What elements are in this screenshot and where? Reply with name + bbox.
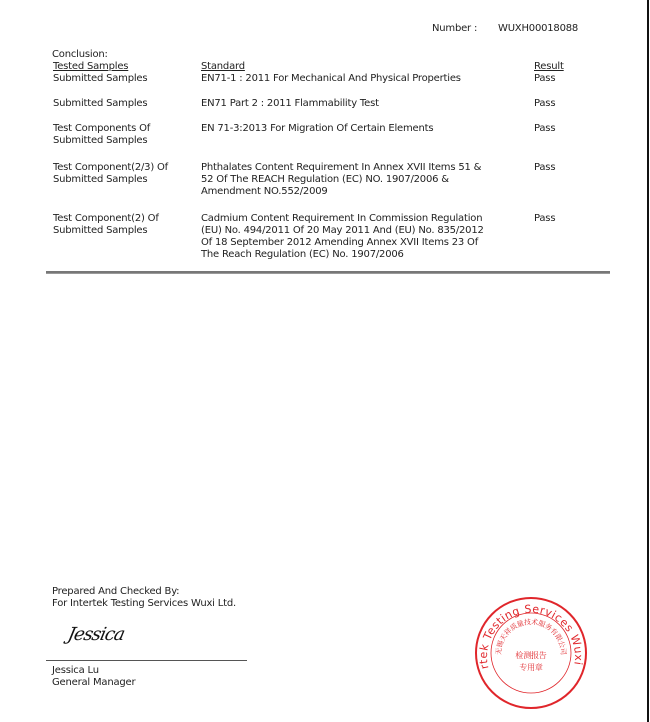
signature: Jessica (66, 624, 126, 645)
prepared-by: Prepared And Checked By: For Intertek Te… (52, 586, 236, 610)
cell-standard: EN71-1 : 2011 For Mechanical And Physica… (201, 73, 501, 85)
conclusion-heading: Conclusion: (52, 49, 108, 60)
stamp-center-line-1: 检测报告 (515, 650, 546, 660)
report-number-label: Number : (432, 23, 498, 34)
cell-standard: Phthalates Content Requirement In Annex … (201, 162, 501, 198)
cell-result: Pass (534, 73, 594, 85)
column-header-result: Result (534, 61, 564, 72)
cell-result: Pass (534, 213, 594, 225)
cell-result: Pass (534, 123, 594, 135)
prepared-line-1: Prepared And Checked By: (52, 586, 236, 598)
signer-title: General Manager (52, 677, 135, 689)
cell-tested-sample: Submitted Samples (53, 73, 193, 85)
signature-line (46, 660, 247, 661)
cell-tested-sample: Test Components OfSubmitted Samples (53, 123, 193, 147)
cell-tested-sample: Test Component(2/3) OfSubmitted Samples (53, 162, 193, 186)
prepared-line-2: For Intertek Testing Services Wuxi Ltd. (52, 598, 236, 610)
cell-standard: EN 71-3:2013 For Migration Of Certain El… (201, 123, 501, 135)
company-seal-stamp: Intertek Testing Services Wuxi Ltd. 无锡天祥… (474, 596, 588, 710)
cell-standard: EN71 Part 2 : 2011 Flammability Test (201, 98, 501, 110)
conclusion-table: Tested Samples Standard Result Submitted… (52, 61, 612, 73)
stamp-center-line-2: 专用章 (519, 662, 543, 672)
column-header-standard: Standard (201, 61, 245, 72)
cell-tested-sample: Submitted Samples (53, 98, 193, 110)
report-number-value: WUXH00018088 (498, 23, 578, 34)
signer-name: Jessica Lu (52, 665, 135, 677)
cell-result: Pass (534, 162, 594, 174)
report-number: Number :WUXH00018088 (432, 23, 578, 34)
signer-block: Jessica Lu General Manager (52, 665, 135, 689)
cell-tested-sample: Test Component(2) OfSubmitted Samples (53, 213, 193, 237)
table-bottom-rule (46, 271, 610, 274)
page-right-border (647, 0, 649, 722)
cell-result: Pass (534, 98, 594, 110)
table-header-row: Tested Samples Standard Result (52, 61, 612, 73)
column-header-tested-samples: Tested Samples (53, 61, 128, 72)
cell-standard: Cadmium Content Requirement In Commissio… (201, 213, 501, 261)
